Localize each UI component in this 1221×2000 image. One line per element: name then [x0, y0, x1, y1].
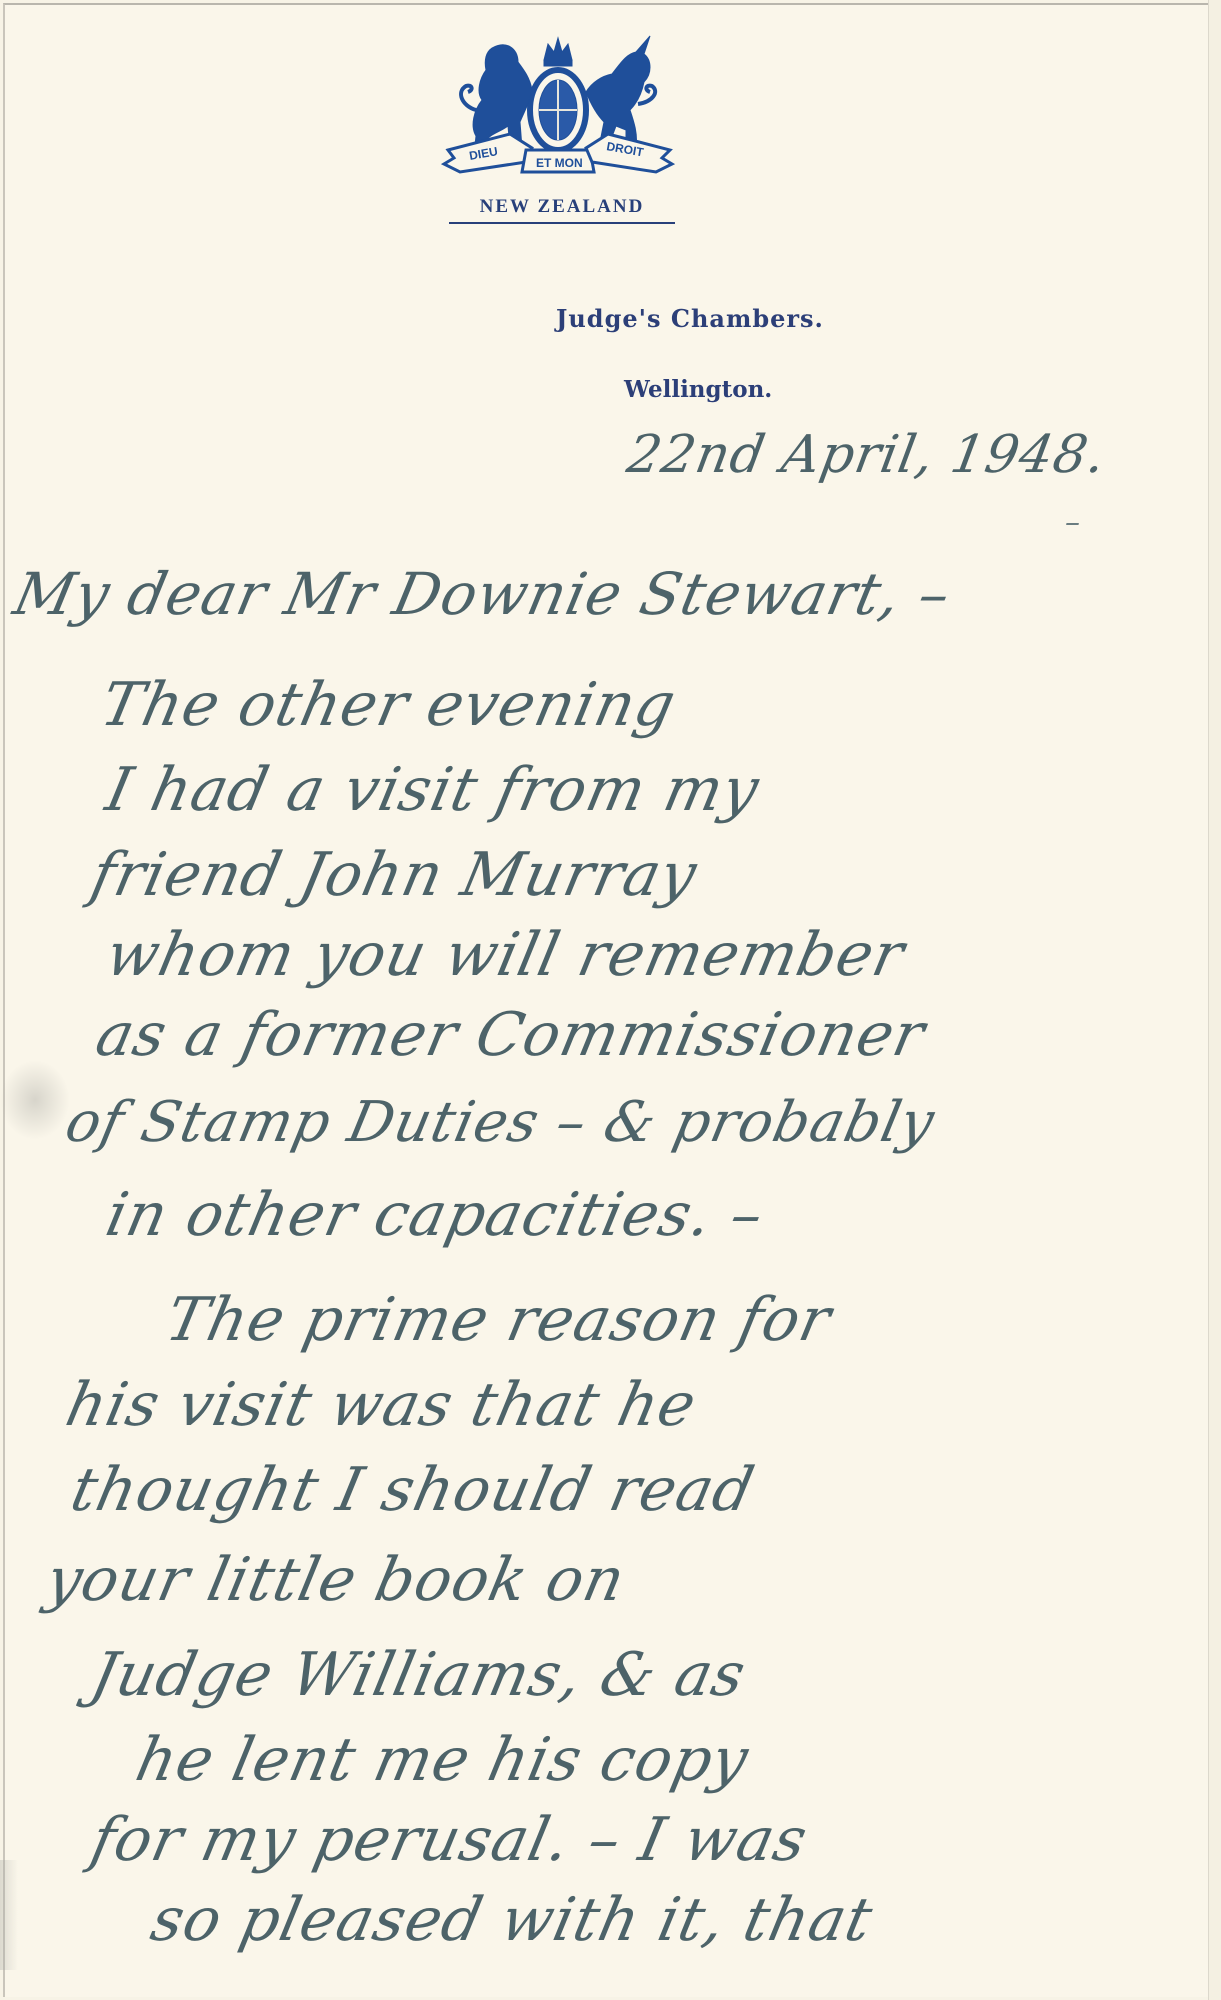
- letter-line: he lent me his copy: [130, 1725, 755, 1795]
- letterhead-country: NEW ZEALAND: [450, 196, 674, 218]
- letter-line: so pleased with it, that: [145, 1885, 879, 1955]
- royal-coat-of-arms-icon: DIEU ET MON DROIT: [440, 30, 676, 180]
- letter-line: The prime reason for: [160, 1285, 837, 1355]
- salutation: My dear Mr Downie Stewart, –: [8, 560, 957, 628]
- letter-line: as a former Commissioner: [90, 1000, 931, 1070]
- letter-line: your little book on: [40, 1545, 632, 1615]
- letter-line: in other capacities. –: [100, 1180, 770, 1250]
- letter-line: Judge Williams, & as: [85, 1640, 752, 1710]
- next-page-edge: [1208, 0, 1221, 2000]
- letter-line: of Stamp Duties – & probably: [60, 1090, 941, 1155]
- letter-date: 22nd April, 1948.: [623, 425, 1111, 485]
- letter-line: whom you will remember: [100, 920, 911, 990]
- letterhead-underline: [449, 222, 675, 224]
- letter-line: for my perusal. – I was: [85, 1805, 814, 1875]
- letter-line: The other evening: [95, 670, 682, 740]
- svg-text:ET MON: ET MON: [536, 156, 583, 170]
- letter-line: thought I should read: [65, 1455, 761, 1525]
- date-dash: –: [1065, 505, 1081, 540]
- ink-smudge: [0, 1060, 70, 1140]
- letter-line: I had a visit from my: [100, 755, 765, 825]
- letter-line: friend John Murray: [85, 840, 703, 910]
- paper-stain: [0, 1860, 18, 1970]
- letterhead-city: Wellington.: [624, 376, 772, 403]
- letterhead-office: Judge's Chambers.: [556, 304, 824, 333]
- letter-line: his visit was that he: [60, 1370, 703, 1440]
